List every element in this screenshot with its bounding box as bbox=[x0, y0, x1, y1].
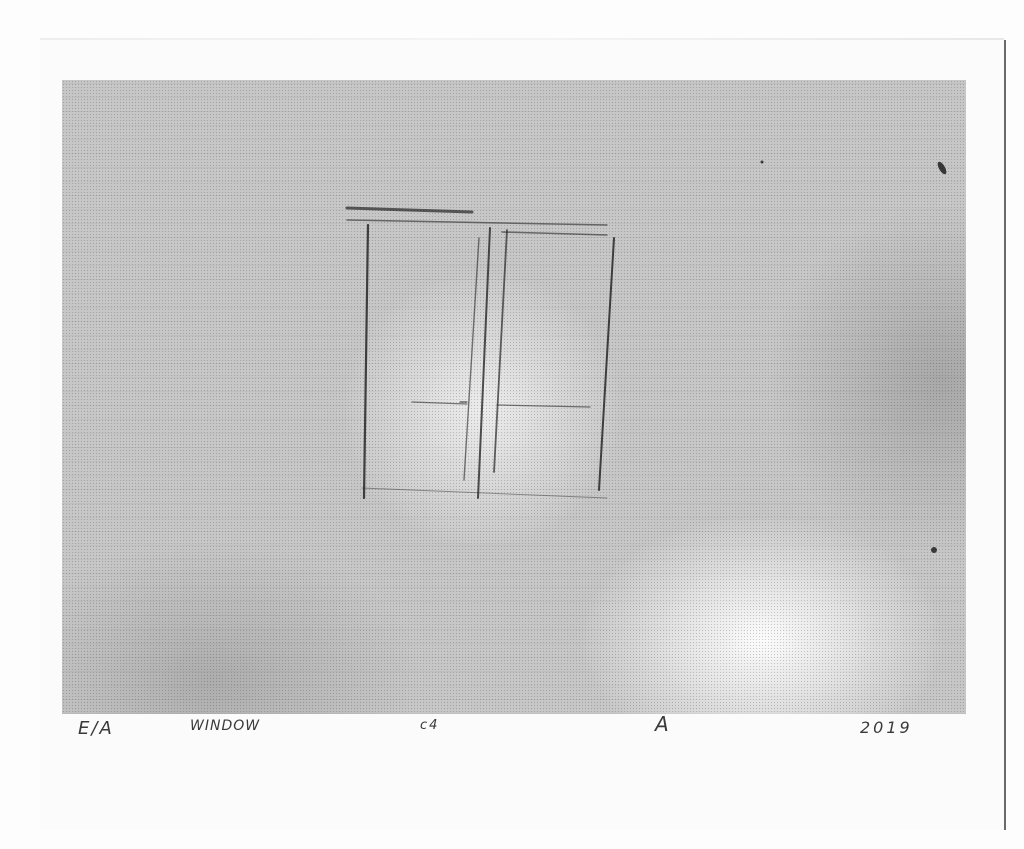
year-annotation: 2019 bbox=[860, 718, 913, 737]
title-annotation: WINDOW bbox=[190, 718, 260, 734]
edition-annotation: E/A bbox=[78, 718, 114, 739]
artist-signature: A bbox=[655, 712, 671, 736]
print-plate-image bbox=[62, 80, 966, 714]
number-annotation: c4 bbox=[420, 718, 439, 733]
window-drawing bbox=[62, 80, 966, 714]
